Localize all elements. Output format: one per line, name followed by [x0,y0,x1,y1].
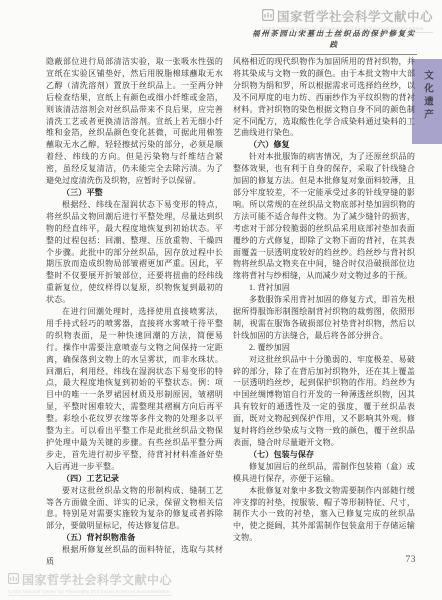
paragraph: 本批修复对象中多数文物需要制作内部随行缓冲支撑的衬垫，按服装、帽子等形制特征、尺… [233,485,415,545]
footer-logo-text: 国家哲学社会科学文献中心 [22,571,172,588]
paragraph: 对这批丝织品中十分脆弱的、牢度极差、易破碎的部分，除了在背后加衬织物外，还在其上… [233,354,415,449]
category-tab: 文化遗产 [412,59,442,144]
category-tab-label: 文化遗产 [420,70,434,144]
cass-logo-icon [8,573,19,587]
section-heading: （七）包装与保存 [233,449,415,461]
paragraph: 隐蔽部位进行局部清洁实验，取一张吸水性强的宣纸在实验区铺垫好，然后用脱脂棉球蘸取… [46,56,223,187]
paragraph: 针对本批服饰的病害情况，为了还原丝织品的整体效果，也有利于自身的保存，采取了针线… [233,151,415,282]
section-heading: （六）修复 [233,139,415,151]
cass-logo-icon [262,9,274,24]
paragraph: 多数服饰采用背衬加固的修复方式，即首先根据所得服饰形制图绘制背衬织物的裁剪图，依… [233,294,415,342]
footer-logo-row: 国家哲学社会科学文献中心 [8,571,172,588]
document-page: 国家哲学社会科学文献中心 CASS National Center for Ph… [0,0,442,600]
header-logo-row: 国家哲学社会科学文献中心 [262,7,433,25]
section-heading: （四）工艺记录 [46,473,223,485]
page-number: 73 [406,555,417,565]
paragraph: 要对这批丝织品文物的形制构成、缝制工艺等各方面做全面、详实的记录，保留文物相关信… [46,485,223,533]
paragraph: 修复加固后的丝织品，需制作包装箱（盒）或模具进行保存，亦便于运输。 [233,461,415,485]
section-heading: （三）平整 [46,187,223,199]
header-logo-text: 国家哲学社会科学文献中心 [277,7,433,25]
subsection-heading: 1. 背衬加固 [233,282,415,294]
right-column: 风格相近的现代织物作为加固所用的背衬织物，并将其染成与文物一致的颜色。由于本批文… [233,56,415,544]
running-title: 福州茶园山宋墓出土丝织品的保护修复实践 [251,28,417,55]
footer-logo: 国家哲学社会科学文献中心 CASS National Center for Ph… [8,571,172,596]
paragraph: 在进行回潮处理时，选择使用直接喷雾法，用手持式轻巧的喷雾器，直接将水雾喷于待平整… [46,306,223,473]
paragraph: 风格相近的现代织物作为加固所用的背衬织物，并将其染成与文物一致的颜色。由于本批文… [233,56,415,139]
paragraph: 根据经、纬线在湿润状态下易变形的特点，将丝织品文物回潮后进行平整处理，尽量达到织… [46,199,223,306]
section-heading: （五）背衬织物准备 [46,532,223,544]
footer-logo-subtitle: CASS National Center for Philosophy and … [8,589,172,596]
subsection-heading: 2. 覆纱加固 [233,342,415,354]
left-column: 隐蔽部位进行局部清洁实验，取一张吸水性强的宣纸在实验区铺垫好，然后用脱脂棉球蘸取… [46,56,223,568]
paragraph: 根据所修复丝织品的面料特征，选取与其材质 [46,544,223,568]
